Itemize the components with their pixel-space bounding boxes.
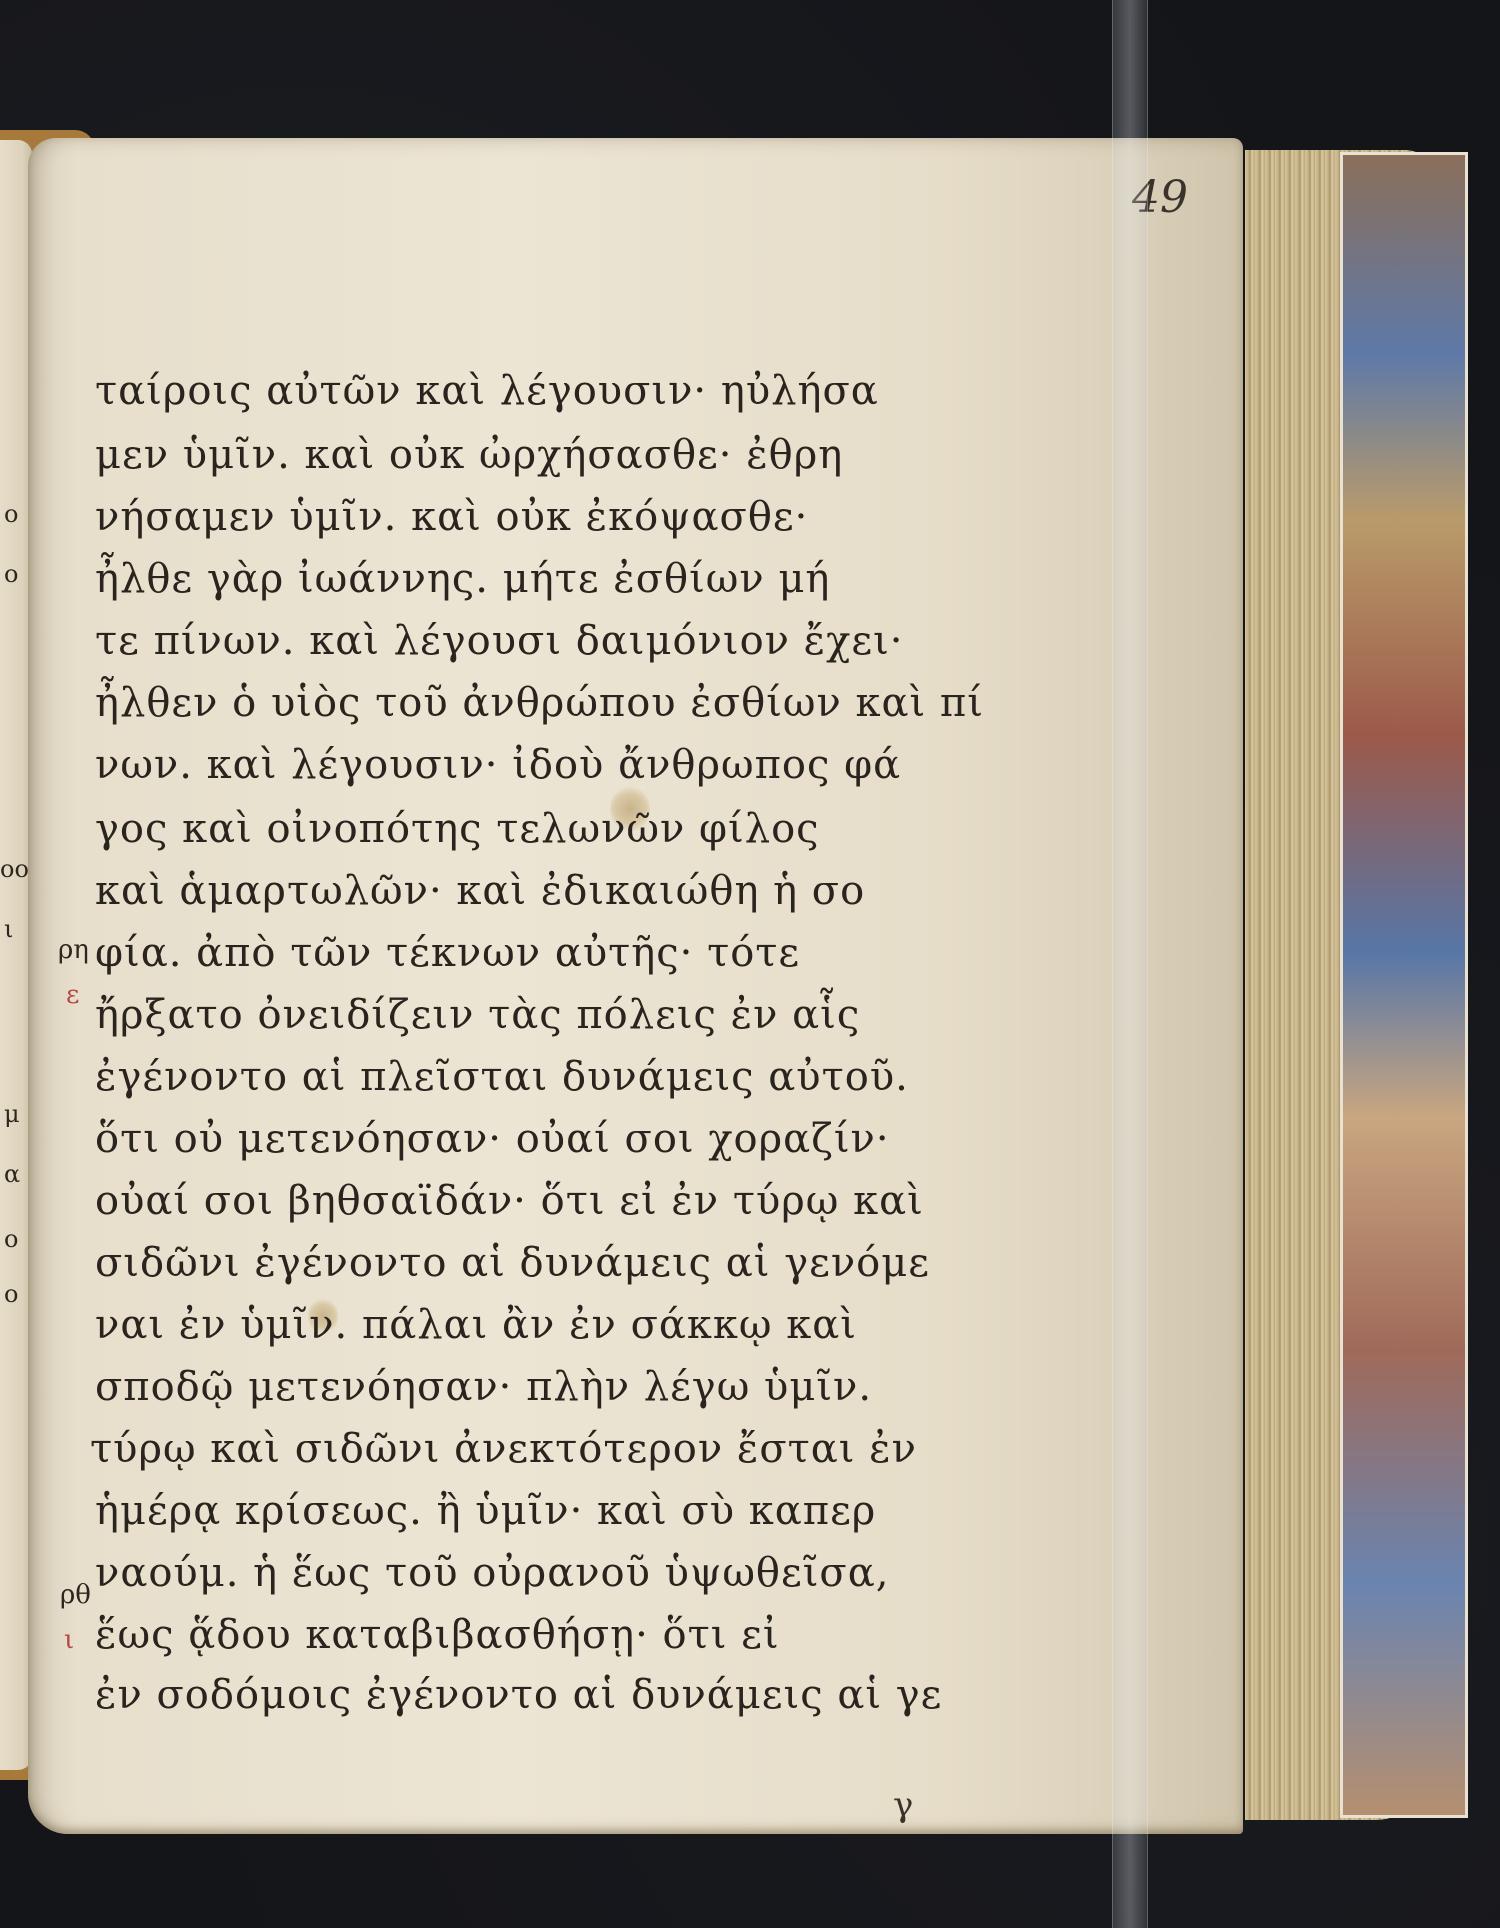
left-page-fragment: ο <box>4 1225 18 1253</box>
text-line: ἕως ᾅδου καταβιβασθήσῃ· ὅτι εἰ <box>95 1612 780 1658</box>
quire-signature: γ <box>893 1785 913 1825</box>
margin-rubric-number: ε <box>66 980 79 1010</box>
margin-section-number: ρη <box>58 935 89 965</box>
text-line: φία. ἀπὸ τῶν τέκνων αὐτῆς· τότε <box>95 930 800 976</box>
margin-section-number: ρθ <box>60 1580 91 1610</box>
text-line: ἤρξατο ὀνειδίζειν τὰς πόλεις ἐν αἷς <box>95 992 860 1038</box>
text-line: ναι ἐν ὑμῖν. πάλαι ἂν ἐν σάκκῳ καὶ <box>95 1302 857 1348</box>
text-line: σποδῷ μετενόησαν· πλὴν λέγω ὑμῖν. <box>95 1364 872 1410</box>
text-line: ἦλθε γὰρ ἰωάννης. μήτε ἐσθίων μή <box>95 556 830 602</box>
text-line: γος καὶ οἰνοπότης τελωνῶν φίλος <box>95 806 820 852</box>
text-line: τε πίνων. καὶ λέγουσι δαιμόνιον ἔχει· <box>95 618 904 664</box>
left-page-fragment: μ <box>4 1100 20 1128</box>
text-line: μεν ὑμῖν. καὶ οὐκ ὠρχήσασθε· ἐθρη <box>95 432 843 478</box>
marbled-endpaper <box>1340 152 1468 1818</box>
text-line: ἐγένοντο αἱ πλεῖσται δυνάμεις αὐτοῦ. <box>95 1054 909 1100</box>
text-line: ἡμέρᾳ κρίσεως. ἢ ὑμῖν· καὶ σὺ καπερ <box>95 1488 876 1534</box>
text-line: ἦλθεν ὁ υἱὸς τοῦ ἀνθρώπου ἐσθίων καὶ πί <box>95 680 984 726</box>
text-line: ναούμ. ἡ ἕως τοῦ οὐρανοῦ ὑψωθεῖσα, <box>95 1550 889 1596</box>
text-line: ὅτι οὐ μετενόησαν· οὐαί σοι χοραζίν· <box>95 1116 890 1162</box>
glass-weight-strip <box>1112 0 1148 1928</box>
text-line: ἐν σοδόμοις ἐγένοντο αἱ δυνάμεις αἱ γε <box>95 1672 942 1718</box>
left-page-fragment: ο <box>4 500 18 528</box>
left-page-fragment: ο <box>4 560 18 588</box>
margin-rubric-number: ι <box>64 1625 74 1655</box>
left-page-fragment: ι <box>4 915 13 943</box>
text-line: τύρῳ καὶ σιδῶνι ἀνεκτότερον ἔσται ἐν <box>90 1426 917 1472</box>
text-line: οὐαί σοι βηθσαϊδάν· ὅτι εἰ ἐν τύρῳ καὶ <box>95 1178 924 1224</box>
text-line: νων. καὶ λέγουσιν· ἰδοὺ ἄνθρωπος φά <box>95 742 901 788</box>
text-line: σιδῶνι ἐγένοντο αἱ δυνάμεις αἱ γενόμε <box>95 1240 930 1286</box>
text-line: καὶ ἁμαρτωλῶν· καὶ ἐδικαιώθη ἡ σο <box>95 868 865 914</box>
text-line: νήσαμεν ὑμῖν. καὶ οὐκ ἐκόψασθε· <box>95 494 808 540</box>
left-page-fragment: ο <box>4 1280 18 1308</box>
left-page-fragment: α <box>4 1160 20 1188</box>
left-page-fragment: οο <box>0 855 29 883</box>
text-line: ταίροις αὐτῶν καὶ λέγουσιν· ηὐλήσα <box>95 368 879 414</box>
